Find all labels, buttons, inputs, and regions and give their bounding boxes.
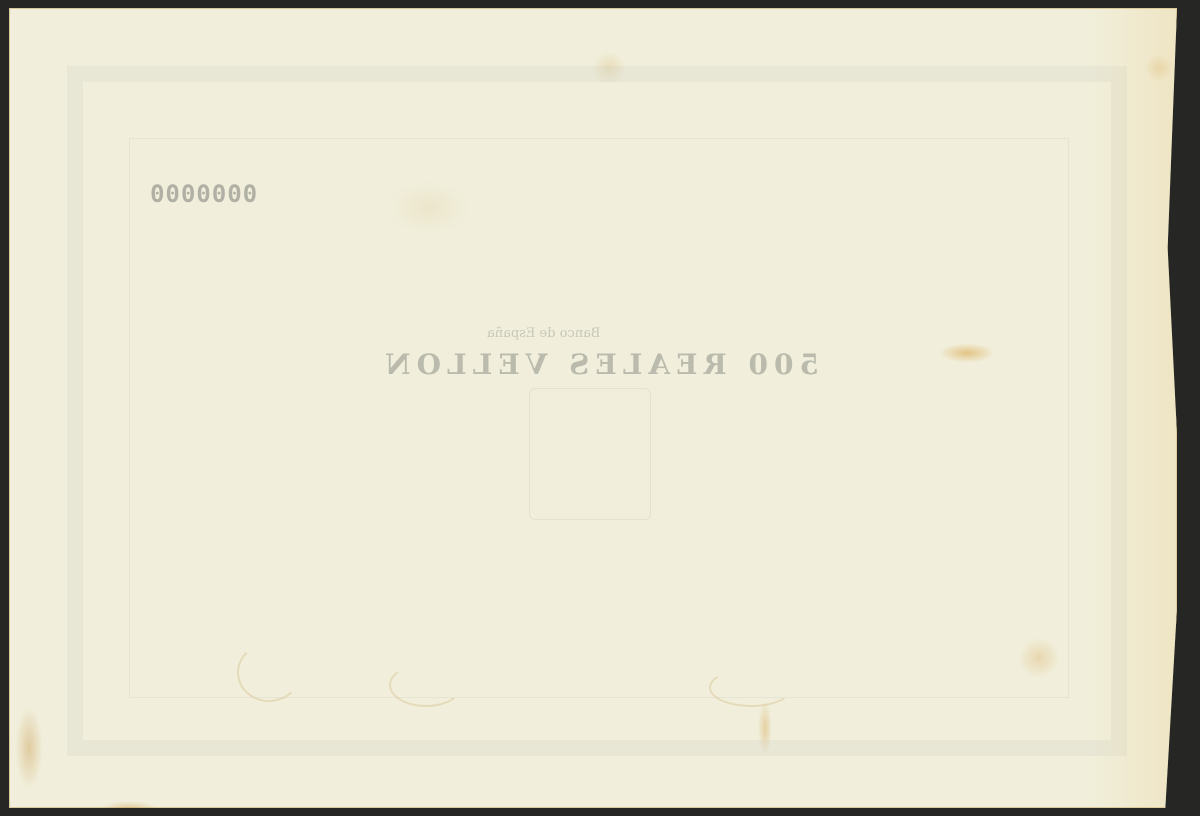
- signature-flourish: [709, 668, 793, 707]
- scan-background: 0000000 Banco de España 500 REALES VELLO…: [0, 0, 1200, 816]
- banknote-paper: 0000000 Banco de España 500 REALES VELLO…: [9, 8, 1177, 808]
- signature-flourish: [389, 663, 463, 707]
- vignette-outline: [529, 388, 651, 520]
- bank-name-bleed: Banco de España: [487, 326, 600, 341]
- serial-number-bleed: 0000000: [149, 180, 257, 208]
- signature-flourish: [237, 643, 301, 702]
- denomination-bleed: 500 REALES VELLON: [379, 348, 819, 381]
